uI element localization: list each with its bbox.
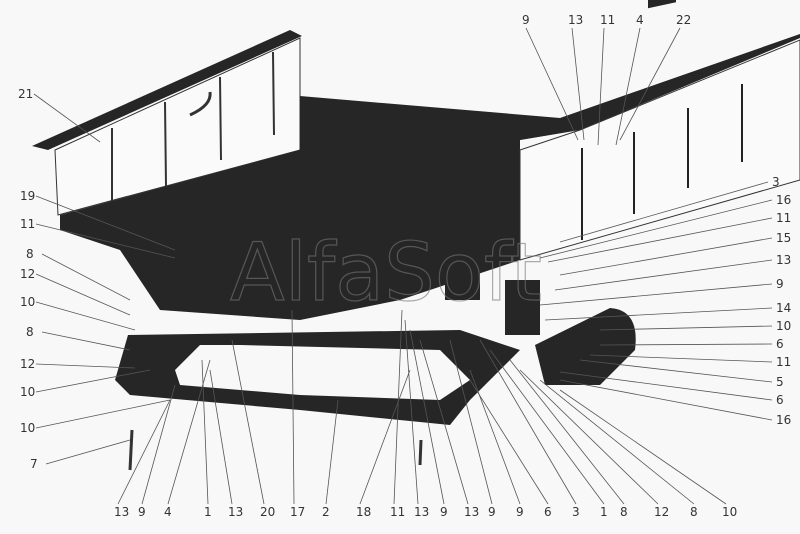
callout-left-21: 21 [18,87,33,101]
leader-line [326,400,338,504]
leader-line [36,400,170,428]
callout-bottom-11: 11 [390,505,405,519]
callout-top-4: 4 [636,13,644,27]
callout-top-13: 13 [568,13,583,27]
callout-bottom-8: 8 [620,505,628,519]
leader-line [142,385,175,504]
callout-right-11: 11 [776,355,791,369]
callout-bottom-9: 9 [488,505,496,519]
callout-bottom-2: 2 [322,505,330,519]
callout-bottom-6: 6 [544,505,552,519]
leader-line [560,390,726,504]
leader-line [545,308,772,320]
leader-line [46,440,130,464]
callout-bottom-13: 13 [464,505,479,519]
callout-top-11: 11 [600,13,615,27]
callout-top-9: 9 [522,13,530,27]
callout-bottom-4: 4 [164,505,172,519]
callout-bottom-13: 13 [114,505,129,519]
lower-frame [115,330,520,470]
callout-top-22: 22 [676,13,691,27]
callout-right-3: 3 [772,175,780,189]
callout-left-10: 10 [20,421,35,435]
leader-line [540,380,694,504]
callout-right-10: 10 [776,319,791,333]
callout-bottom-3: 3 [572,505,580,519]
callout-bottom-13: 13 [228,505,243,519]
callout-bottom-8: 8 [690,505,698,519]
callout-right-16: 16 [776,193,791,207]
callout-left-7: 7 [30,457,38,471]
callout-bottom-1: 1 [204,505,212,519]
callout-right-6: 6 [776,337,784,351]
callout-bottom-9: 9 [138,505,146,519]
callout-left-12: 12 [20,267,35,281]
watermark: AlfaSoft [230,226,542,319]
callout-right-13: 13 [776,253,791,267]
leader-line [555,260,772,290]
leader-line [36,302,135,330]
leader-line [42,332,130,350]
callout-left-11: 11 [20,217,35,231]
callout-bottom-10: 10 [722,505,737,519]
callout-left-8: 8 [26,325,34,339]
callout-left-10: 10 [20,385,35,399]
callout-left-10: 10 [20,295,35,309]
leader-line [36,274,130,315]
leader-line [560,238,772,275]
callout-left-12: 12 [20,357,35,371]
leader-line [470,380,548,504]
leader-line [42,254,130,300]
parts-diagram: AlfaSoft 9131142221191181210812101073161… [0,0,800,534]
callout-bottom-18: 18 [356,505,371,519]
callout-right-14: 14 [776,301,791,315]
callout-right-9: 9 [776,277,784,291]
callout-left-19: 19 [20,189,35,203]
callout-bottom-12: 12 [654,505,669,519]
callout-right-15: 15 [776,231,791,245]
callout-right-6: 6 [776,393,784,407]
callout-bottom-13: 13 [414,505,429,519]
callout-bottom-20: 20 [260,505,275,519]
leader-line [470,370,520,504]
callout-right-16: 16 [776,413,791,427]
callout-bottom-1: 1 [600,505,608,519]
callout-left-8: 8 [26,247,34,261]
callout-right-5: 5 [776,375,784,389]
callout-right-11: 11 [776,211,791,225]
callout-bottom-9: 9 [440,505,448,519]
callout-bottom-9: 9 [516,505,524,519]
leader-line [118,400,170,504]
callout-bottom-17: 17 [290,505,305,519]
